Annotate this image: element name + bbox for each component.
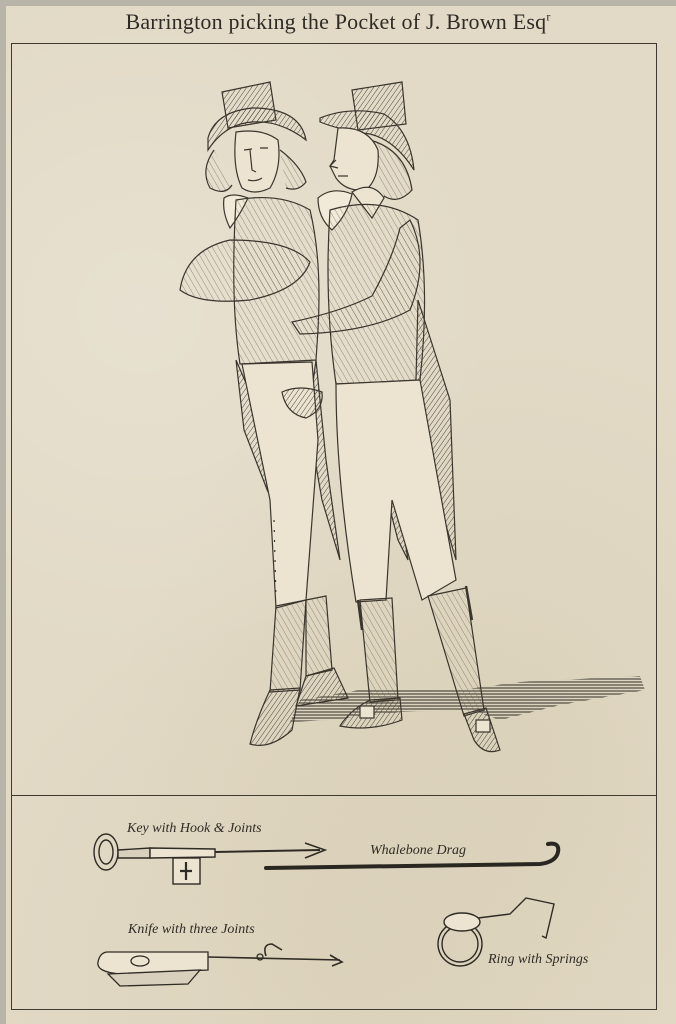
key-with-hook-icon (94, 834, 325, 884)
tools-illustration (0, 0, 676, 1024)
knife-with-joints-icon (98, 944, 342, 986)
ring-label: Ring with Springs (488, 952, 588, 968)
knife-label: Knife with three Joints (128, 922, 255, 938)
key-label: Key with Hook & Joints (127, 821, 262, 837)
drag-label: Whalebone Drag (370, 843, 466, 859)
